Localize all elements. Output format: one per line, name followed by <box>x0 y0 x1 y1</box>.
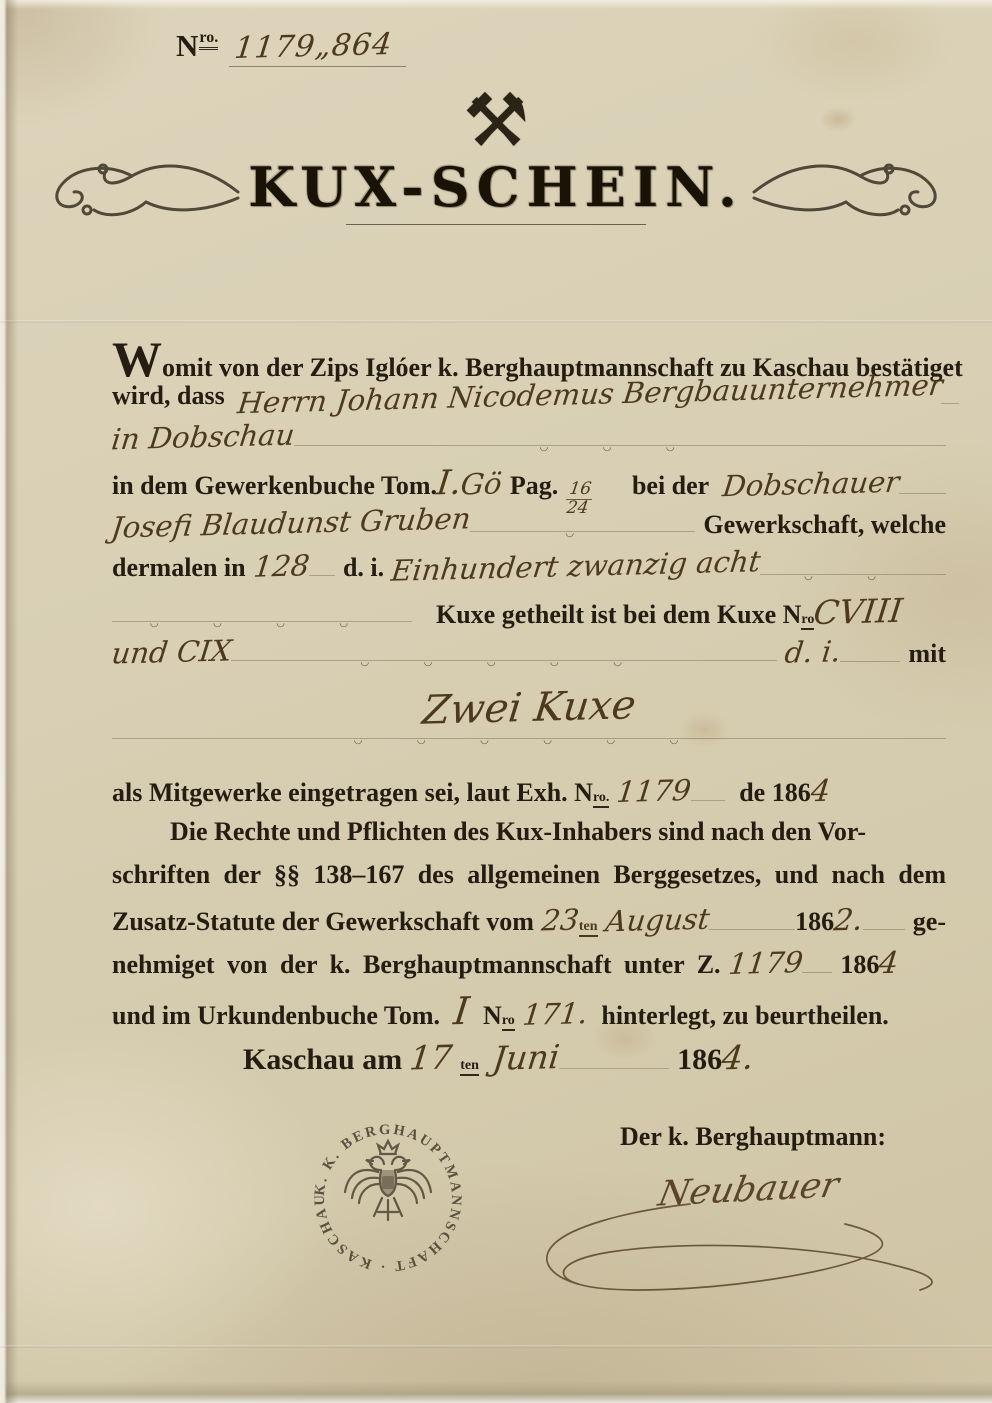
printed-text: Kaschau am <box>243 1043 402 1077</box>
crossed-hammer-and-pick-icon: ⚒ <box>0 84 992 158</box>
printed-text: 186 <box>677 1043 722 1077</box>
date-line: Kaschau am 17 ten Juni 1864. <box>243 1038 803 1077</box>
ruled-blank: ◡ <box>470 531 695 532</box>
ruled-blank <box>840 661 900 662</box>
printed-text: mit <box>908 639 946 669</box>
body-line-4: in dem Gewerkenbuche Tom. I. Gö Pag. 162… <box>112 463 946 506</box>
handwritten-d-i: d. i. <box>783 634 843 669</box>
body-line-6: dermalen in 128 d. i. Einhundert zwanzig… <box>112 549 946 592</box>
handwritten-day: 17 <box>408 1037 455 1077</box>
printed-text: dermalen in <box>112 553 246 583</box>
signature-block: Der k. Berghauptmann: Neubauer <box>560 1122 960 1152</box>
printed-text: Pag. <box>510 471 558 501</box>
ruled-blank <box>691 800 725 801</box>
handwritten-kux-count-digits: 128 <box>252 548 311 583</box>
handwritten-year-digit: 4. <box>720 1038 756 1078</box>
body-line-12: Die Rechte und Pflichten des Kux-Inhaber… <box>112 817 946 860</box>
printed-text: Gewerkschaft, welche <box>703 510 946 540</box>
printed-text: N <box>483 1001 502 1031</box>
number-label: N <box>176 28 199 63</box>
body-line-8: und CIX ◡ ◡ ◡ ◡ ◡ d. i. mit <box>112 635 946 678</box>
printed-text: Zusatz-Statute der Gewerkschaft vom <box>112 907 534 937</box>
handwritten-exhibit-number: 1179 <box>615 773 693 809</box>
printed-text: hinterlegt, zu beurtheilen. <box>601 1001 888 1031</box>
body-line-14: Zusatz-Statute der Gewerkschaft vom 23te… <box>112 903 946 946</box>
handwritten-statute-day: 23 <box>540 903 581 938</box>
handwritten-year-digit: 4 <box>877 946 900 981</box>
paper-crease <box>0 1345 992 1348</box>
fraction-denominator: 24 <box>564 500 592 518</box>
body-line-9: Zwei Kuxe <box>112 678 946 738</box>
ruled-blank <box>899 493 946 494</box>
body-line-13: schriften der §§ 138–167 des allgemeinen… <box>112 860 946 903</box>
printed-text: Die Rechte und Pflichten des Kux-Inhaber… <box>170 817 866 846</box>
document-number: Nro. 1179„864 <box>176 28 406 67</box>
certificate-body: Womit von der Zips Iglóer k. Berghauptma… <box>112 334 946 1032</box>
signature-caption: Der k. Berghauptmann: <box>620 1122 960 1152</box>
ruled-blank <box>559 1068 669 1069</box>
ruled-blank <box>941 403 959 404</box>
ruled-blank: ◡ ◡ ◡ ◡ ◡ ◡ <box>112 738 946 739</box>
ruled-blank <box>802 972 832 973</box>
handwritten-kux-number-2: und CIX <box>110 633 234 670</box>
masthead: ⚒ KUX-SCHEIN. <box>0 84 992 225</box>
handwritten-statute-month: August <box>603 902 711 939</box>
printed-text: ge- <box>913 907 946 937</box>
printed-text: bei der <box>632 471 709 501</box>
drop-cap: W <box>112 331 162 387</box>
body-line-11: als Mitgewerke eingetragen sei, laut Exh… <box>112 774 946 817</box>
flourish-right-icon <box>752 152 952 222</box>
handwritten-share-count: Zwei Kuxe <box>420 682 638 734</box>
printed-text: als Mitgewerke eingetragen sei, laut Exh… <box>112 778 593 808</box>
printed-text: d. i. <box>343 553 384 583</box>
printed-text: 186 <box>795 907 834 937</box>
handwritten-tome-2: I <box>451 989 471 1033</box>
nro-superscript: ro. <box>593 790 609 808</box>
printed-text: nehmiget von der k. Berghauptmannschaft … <box>112 950 721 980</box>
body-line-10: ◡ ◡ ◡ ◡ ◡ ◡ <box>112 738 946 774</box>
flourish-left-icon <box>40 152 240 222</box>
handwritten-month: Juni <box>491 1037 562 1078</box>
nro-superscript: ro <box>502 1013 515 1031</box>
title-underline <box>346 224 646 225</box>
printed-text: 186 <box>840 950 879 980</box>
ruled-blank: ◡ ◡ ◡ <box>294 445 946 446</box>
body-line-15: nehmiget von der k. Berghauptmannschaft … <box>112 946 946 989</box>
ruled-blank: ◡ ◡ ◡ ◡ ◡ <box>231 660 777 661</box>
ten-superscript: ten <box>460 1058 479 1076</box>
handwritten-place: in Dobschau <box>110 418 297 457</box>
printed-text: in dem Gewerkenbuche Tom. <box>112 471 437 501</box>
ruled-blank: ◡ ◡ <box>760 574 946 575</box>
body-line-2: wird, dass Herrn Johann Nicodemus Bergba… <box>112 377 946 420</box>
number-label-superscript: ro. <box>199 29 218 50</box>
handwritten-kux-count-words: Einhundert zwanzig acht <box>390 544 763 588</box>
double-headed-eagle-icon <box>345 1141 431 1220</box>
number-value-handwritten: 1179„864 <box>233 27 395 66</box>
signature-flourish-icon <box>540 1172 960 1322</box>
printed-text: de 186 <box>739 778 811 808</box>
document-title: KUX-SCHEIN. <box>248 155 744 219</box>
handwritten-mine-name: Josefi Blaudunst Gruben <box>109 501 472 544</box>
handwritten-kux-number-1: CVIII <box>812 591 905 632</box>
handwritten-district: Gö <box>459 466 504 501</box>
handwritten-statute-year-digit: 2. <box>832 903 865 939</box>
handwritten-deed-number: 171. <box>521 996 590 1032</box>
ten-superscript: ten <box>579 919 598 937</box>
ruled-blank <box>709 929 795 930</box>
ruled-blank <box>309 575 335 576</box>
body-line-16: und im Urkundenbuche Tom. I Nro 171. hin… <box>112 989 946 1032</box>
handwritten-year-digit: 4 <box>809 774 832 809</box>
ruled-blank: ◡ ◡ ◡ ◡ <box>112 621 412 622</box>
official-seal: K. K. BERGHAUPTMANNSCHAFT · KASCHAU · <box>298 1108 478 1288</box>
body-line-3: in Dobschau ◡ ◡ ◡ <box>112 420 946 463</box>
body-line-7: ◡ ◡ ◡ ◡ Kuxe getheilt ist bei dem Kuxe N… <box>112 592 946 635</box>
handwritten-z-number: 1179 <box>726 945 804 981</box>
printed-text: Kuxe getheilt ist bei dem Kuxe N <box>436 600 801 630</box>
printed-text: wird, dass <box>112 381 225 411</box>
printed-text: schriften der §§ 138–167 des allgemeinen… <box>112 860 946 889</box>
handwritten-gewerkschaft-name: Dobschauer <box>721 465 902 504</box>
body-line-5: Josefi Blaudunst Gruben ◡ Gewerkschaft, … <box>112 506 946 549</box>
printed-text: und im Urkundenbuche Tom. <box>112 1001 440 1031</box>
paper-crease <box>0 320 992 323</box>
ruled-blank <box>863 929 905 930</box>
kux-schein-certificate: Nro. 1179„864 ⚒ KUX-SCHEIN. <box>0 0 992 1403</box>
